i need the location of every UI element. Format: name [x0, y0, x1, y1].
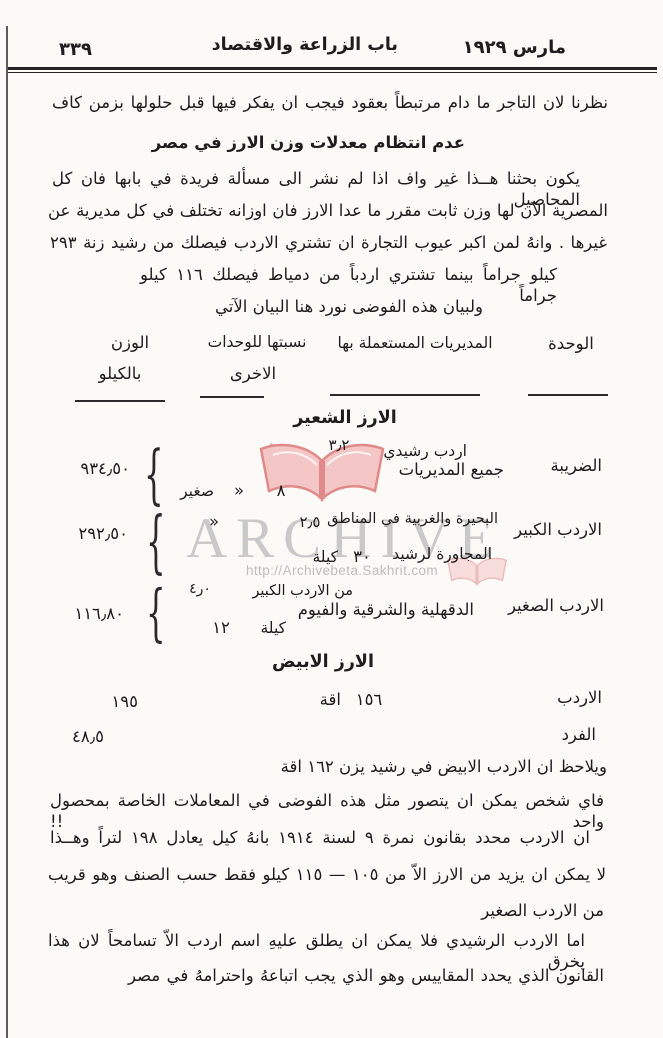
col-header-weight-line2: بالكيلو [75, 364, 165, 383]
intro-heading: عدم انتظام معدلات وزن الارز في مصر [203, 133, 465, 152]
row2-ratio-label-2: كيلة [296, 548, 338, 566]
header-rule-thick [8, 67, 657, 70]
row2-directorates-line1: البحيرة والغربية في المناطق [355, 511, 498, 527]
section-heading-white-rice: الارز الابيض [266, 652, 380, 672]
page-number: ٣٣٩ [42, 39, 92, 60]
row1-ratio-ditto-2: « [230, 481, 248, 500]
col-underline-directorates [330, 394, 480, 396]
row3-ratio-label-1: من الاردب الكبير [220, 583, 353, 599]
row2-ratio-value-2: ٣٠ [349, 547, 375, 566]
col-header-unit: الوحدة [533, 334, 609, 353]
col-underline-ratio [200, 396, 264, 398]
row1-brace: { [144, 438, 164, 513]
body-paragraph-1: فاي شخص يمكن ان يتصور مثل هذه الفوضى في … [50, 791, 604, 832]
row3-ratio-value-1: ٠ر٤ [181, 581, 219, 597]
body-paragraph-2-line1: ان الاردب محدد بقانون نمرة ٩ لسنة ١٩١٤ ب… [50, 828, 590, 849]
scanned-page: ARCHIVE http://Archivebeta.Sakhrit.com م… [0, 0, 663, 1038]
intro-line-1: نظرنا لان التاجر ما دام مرتبطاً بعقود في… [52, 93, 608, 114]
row2-directorates-line2: المجاورة لرشيد [386, 545, 492, 563]
row2-weight: ٢٩٢٫٥٠ [60, 524, 128, 543]
watermark-url-text: http://Archivebeta.Sakhrit.com [246, 563, 438, 578]
white-row1-weight: ١٩٥ [96, 692, 138, 711]
row1-weight: ٩٣٤٫٥٠ [60, 459, 130, 478]
white-row1-ratio-label: اقة [303, 690, 341, 709]
row3-brace: { [146, 578, 166, 650]
row2-brace: { [146, 503, 166, 582]
row1-ratio-label-2: صغير [172, 482, 214, 500]
intro-line-6: ولبيان هذه الفوضى نورد هنا البيان الآتي [265, 297, 483, 316]
col-header-ratio-line2: الاخرى [213, 364, 293, 383]
row3-directorates: الدقهلية والشرقية والفيوم [248, 600, 474, 619]
white-row1-ratio-value: ١٥٦ [346, 690, 392, 709]
scan-left-border [6, 26, 8, 1038]
intro-line-3: المصرية الآن لها وزن ثابت مقرر ما عدا ال… [48, 201, 608, 222]
row1-directorates: جميع المديريات [386, 460, 504, 479]
col-header-directorates: المديريات المستعملة بها [326, 334, 504, 352]
row3-ratio-value-2: ١٢ [208, 618, 234, 637]
table-note: ويلاحظ ان الاردب الابيض في رشيد يزن ١٦٢ … [213, 757, 607, 776]
row3-ratio-label-2: كيلة [244, 619, 286, 637]
col-underline-weight [75, 400, 165, 402]
body-paragraph-2-line2: لا يمكن ان يزيد من الارز الاّ من ١٠٥ — ١… [48, 865, 606, 886]
col-header-weight-line1: الوزن [95, 333, 165, 352]
row2-ratio-ditto-1: « [205, 512, 223, 531]
col-header-ratio-line1: نسبتها للوحدات [200, 333, 314, 351]
row1-ratio-value-1: ٣٫٢ [322, 436, 356, 454]
header-section-title: باب الزراعة والاقتصاد [228, 35, 398, 55]
section-heading-barley-rice: الارز الشعير [283, 408, 407, 428]
white-row1-unit: الاردب [538, 688, 602, 707]
row1-unit: الضريبة [538, 456, 602, 475]
header-rule-thin [8, 72, 657, 73]
body-paragraph-2-line3: من الاردب الصغير [486, 901, 604, 920]
intro-line-4: غيرها . وانهُ لمن اكبر عيوب التجارة ان ت… [50, 233, 607, 254]
header-date: مارس ١٩٢٩ [468, 37, 566, 58]
row2-unit: الاردب الكبير [504, 520, 602, 539]
row3-weight: ١١٦٫٨٠ [58, 604, 124, 623]
row2-ratio-value-1: ٢٫٥ [294, 513, 326, 531]
row3-unit: الاردب الصغير [502, 596, 604, 615]
body-paragraph-3-line2: القانون الذي يحدد المقاييس وهو الذي يجب … [128, 966, 604, 987]
row1-ratio-value-2: ٨ [272, 481, 290, 500]
row1-ratio-label-1: اردب رشيدي [357, 442, 467, 460]
col-underline-unit [528, 394, 608, 396]
white-row2-weight: ٤٨٫٥ [58, 727, 104, 746]
white-row2-unit: الفرد [546, 725, 596, 744]
